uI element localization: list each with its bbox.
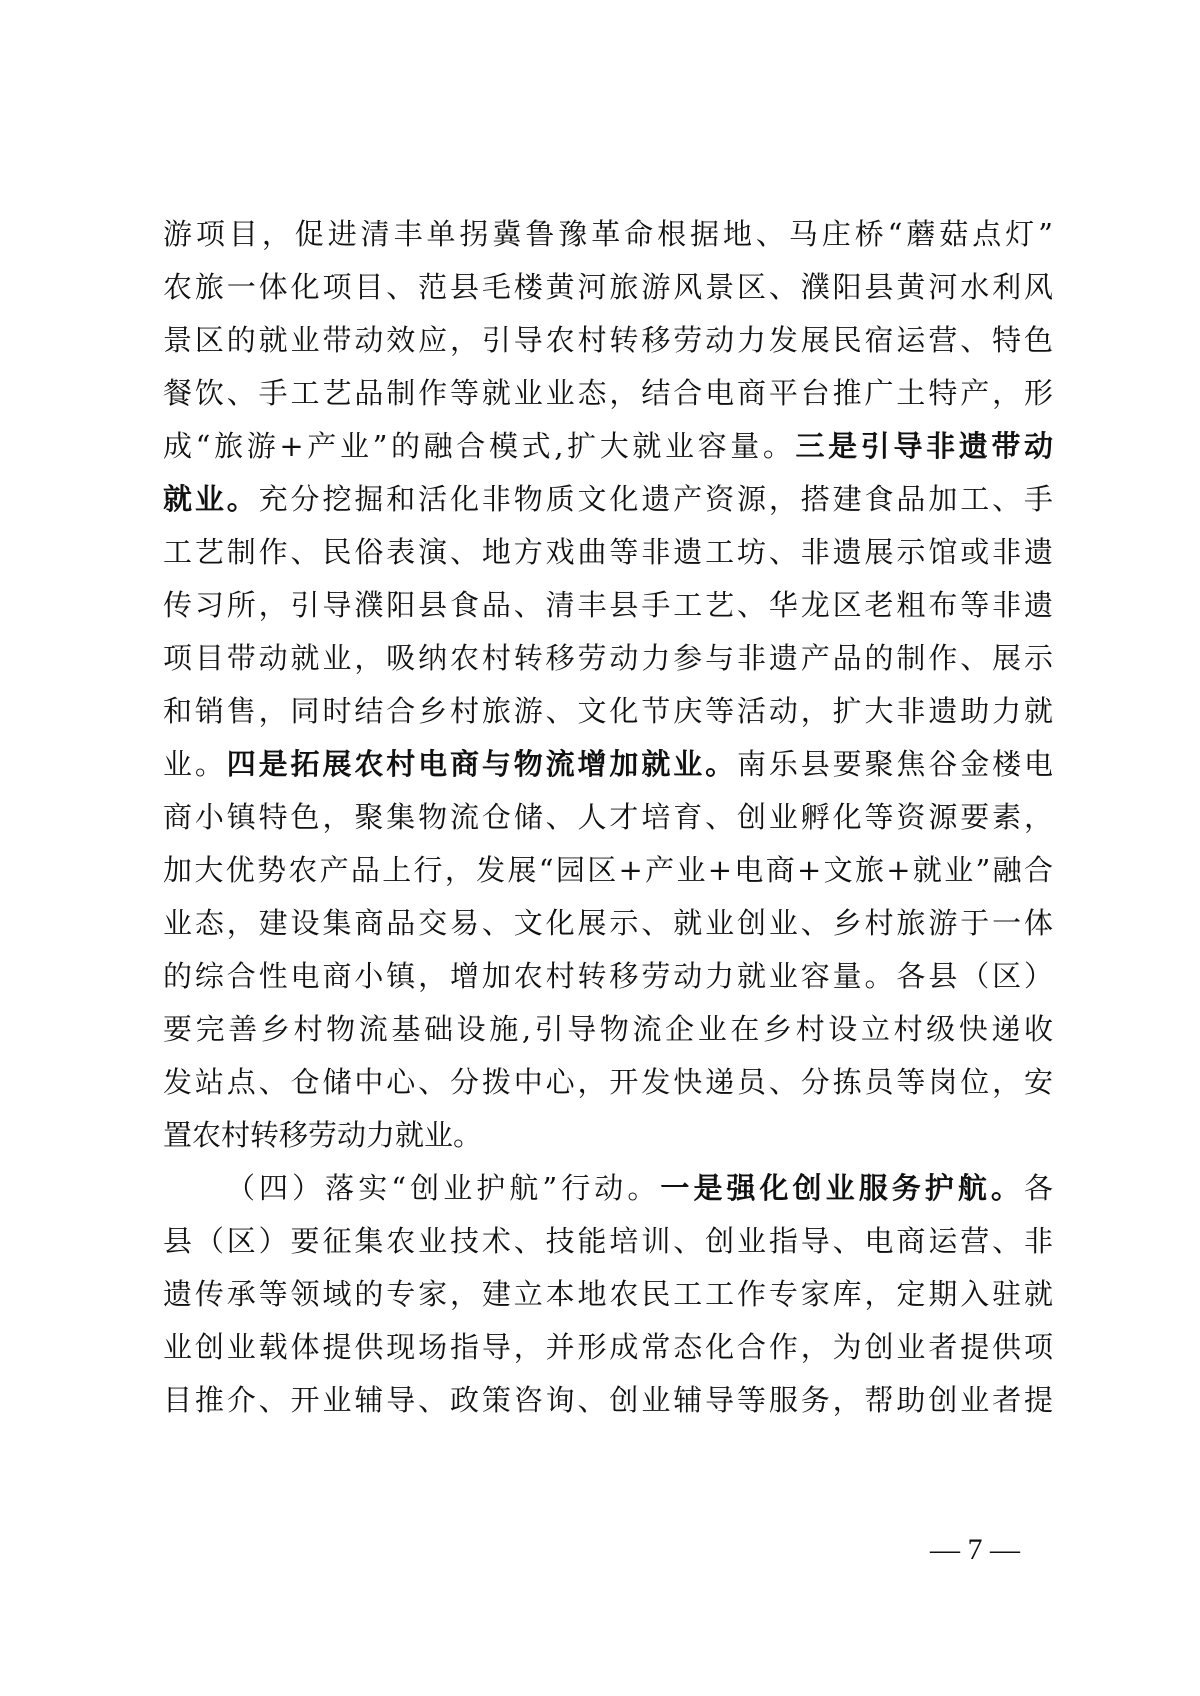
bold-heading-segment: 四是拓展农村电商与物流增加就业。: [227, 747, 737, 781]
text-line: 县（区）要征集农业技术、技能培训、创业指导、电商运营、非: [163, 1215, 1053, 1268]
text-segment: 加大优势农产品上行，发展“园区+产业+电商+文旅+就业”融合: [163, 853, 1053, 887]
text-segment: 各: [1024, 1171, 1053, 1205]
text-segment: 南乐县要聚焦谷金楼电: [737, 747, 1053, 781]
text-segment: 项目带动就业，吸纳农村转移劳动力参与非遗产品的制作、展示: [163, 641, 1053, 675]
text-line: 农旅一体化项目、范县毛楼黄河旅游风景区、濮阳县黄河水利风: [163, 261, 1053, 314]
text-line: 业态，建设集商品交易、文化展示、就业创业、乡村旅游于一体: [163, 897, 1053, 950]
text-segment: 业态，建设集商品交易、文化展示、就业创业、乡村旅游于一体: [163, 906, 1053, 940]
text-line: 商小镇特色，聚集物流仓储、人才培育、创业孵化等资源要素，: [163, 791, 1053, 844]
text-line: 要完善乡村物流基础设施,引导物流企业在乡村设立村级快递收: [163, 1003, 1053, 1056]
text-segment: 游项目，促进清丰单拐冀鲁豫革命根据地、马庄桥“蘑菇点灯”: [163, 217, 1053, 251]
text-segment: 要完善乡村物流基础设施,引导物流企业在乡村设立村级快递收: [163, 1012, 1053, 1046]
text-segment: 目推介、开业辅导、政策咨询、创业辅导等服务，帮助创业者提: [163, 1383, 1053, 1417]
text-line: 游项目，促进清丰单拐冀鲁豫革命根据地、马庄桥“蘑菇点灯”: [163, 208, 1053, 261]
text-segment: 餐饮、手工艺品制作等就业业态，结合电商平台推广土特产，形: [163, 376, 1053, 410]
document-page: 游项目，促进清丰单拐冀鲁豫革命根据地、马庄桥“蘑菇点灯” 农旅一体化项目、范县毛…: [0, 0, 1200, 1696]
text-line: 工艺制作、民俗表演、地方戏曲等非遗工坊、非遗展示馆或非遗: [163, 526, 1053, 579]
text-line: 目推介、开业辅导、政策咨询、创业辅导等服务，帮助创业者提: [163, 1374, 1053, 1427]
text-line: 业。四是拓展农村电商与物流增加就业。南乐县要聚焦谷金楼电: [163, 738, 1053, 791]
body-text: 游项目，促进清丰单拐冀鲁豫革命根据地、马庄桥“蘑菇点灯” 农旅一体化项目、范县毛…: [163, 208, 1053, 1427]
text-line: 加大优势农产品上行，发展“园区+产业+电商+文旅+就业”融合: [163, 844, 1053, 897]
page-number: — 7 —: [920, 1530, 1030, 1570]
text-line: 就业。充分挖掘和活化非物质文化遗产资源，搭建食品加工、手: [163, 473, 1053, 526]
text-line: 项目带动就业，吸纳农村转移劳动力参与非遗产品的制作、展示: [163, 632, 1053, 685]
text-line: 业创业载体提供现场指导，并形成常态化合作，为创业者提供项: [163, 1321, 1053, 1374]
text-line: 餐饮、手工艺品制作等就业业态，结合电商平台推广土特产，形: [163, 367, 1053, 420]
text-segment: 成“旅游+产业”的融合模式,扩大就业容量。: [163, 429, 796, 463]
text-segment: 商小镇特色，聚集物流仓储、人才培育、创业孵化等资源要素，: [163, 800, 1053, 834]
text-segment: 业。: [163, 747, 227, 781]
text-segment: 工艺制作、民俗表演、地方戏曲等非遗工坊、非遗展示馆或非遗: [163, 535, 1053, 569]
text-line-paragraph-end: 置农村转移劳动力就业。: [163, 1109, 1053, 1162]
text-segment: 置农村转移劳动力就业。: [163, 1118, 482, 1152]
text-segment: 县（区）要征集农业技术、技能培训、创业指导、电商运营、非: [163, 1224, 1053, 1258]
text-segment: 和销售，同时结合乡村旅游、文化节庆等活动，扩大非遗助力就: [163, 694, 1053, 728]
text-line: 传习所，引导濮阳县食品、清丰县手工艺、华龙区老粗布等非遗: [163, 579, 1053, 632]
text-line: 发站点、仓储中心、分拨中心，开发快递员、分拣员等岗位，安: [163, 1056, 1053, 1109]
text-line: 景区的就业带动效应，引导农村转移劳动力发展民宿运营、特色: [163, 314, 1053, 367]
text-line-section-heading: （四）落实“创业护航”行动。一是强化创业服务护航。各: [163, 1162, 1053, 1215]
text-line: 成“旅游+产业”的融合模式,扩大就业容量。三是引导非遗带动: [163, 420, 1053, 473]
text-segment: 景区的就业带动效应，引导农村转移劳动力发展民宿运营、特色: [163, 323, 1053, 357]
text-segment: 农旅一体化项目、范县毛楼黄河旅游风景区、濮阳县黄河水利风: [163, 270, 1053, 304]
text-segment: 发站点、仓储中心、分拨中心，开发快递员、分拣员等岗位，安: [163, 1065, 1053, 1099]
text-segment: 业创业载体提供现场指导，并形成常态化合作，为创业者提供项: [163, 1330, 1053, 1364]
bold-heading-segment: 就业。: [163, 482, 259, 516]
text-line: 遗传承等领域的专家，建立本地农民工工作专家库，定期入驻就: [163, 1268, 1053, 1321]
text-segment: 遗传承等领域的专家，建立本地农民工工作专家库，定期入驻就: [163, 1277, 1053, 1311]
text-line: 和销售，同时结合乡村旅游、文化节庆等活动，扩大非遗助力就: [163, 685, 1053, 738]
bold-heading-segment: 一是强化创业服务护航。: [660, 1171, 1024, 1205]
text-segment: 充分挖掘和活化非物质文化遗产资源，搭建食品加工、手: [259, 482, 1053, 516]
text-line: 的综合性电商小镇，增加农村转移劳动力就业容量。各县（区）: [163, 950, 1053, 1003]
bold-heading-segment: 三是引导非遗带动: [796, 429, 1053, 463]
text-segment: 传习所，引导濮阳县食品、清丰县手工艺、华龙区老粗布等非遗: [163, 588, 1053, 622]
text-segment: 的综合性电商小镇，增加农村转移劳动力就业容量。各县（区）: [163, 959, 1053, 993]
section-heading-segment: （四）落实“创业护航”行动。: [226, 1171, 660, 1205]
